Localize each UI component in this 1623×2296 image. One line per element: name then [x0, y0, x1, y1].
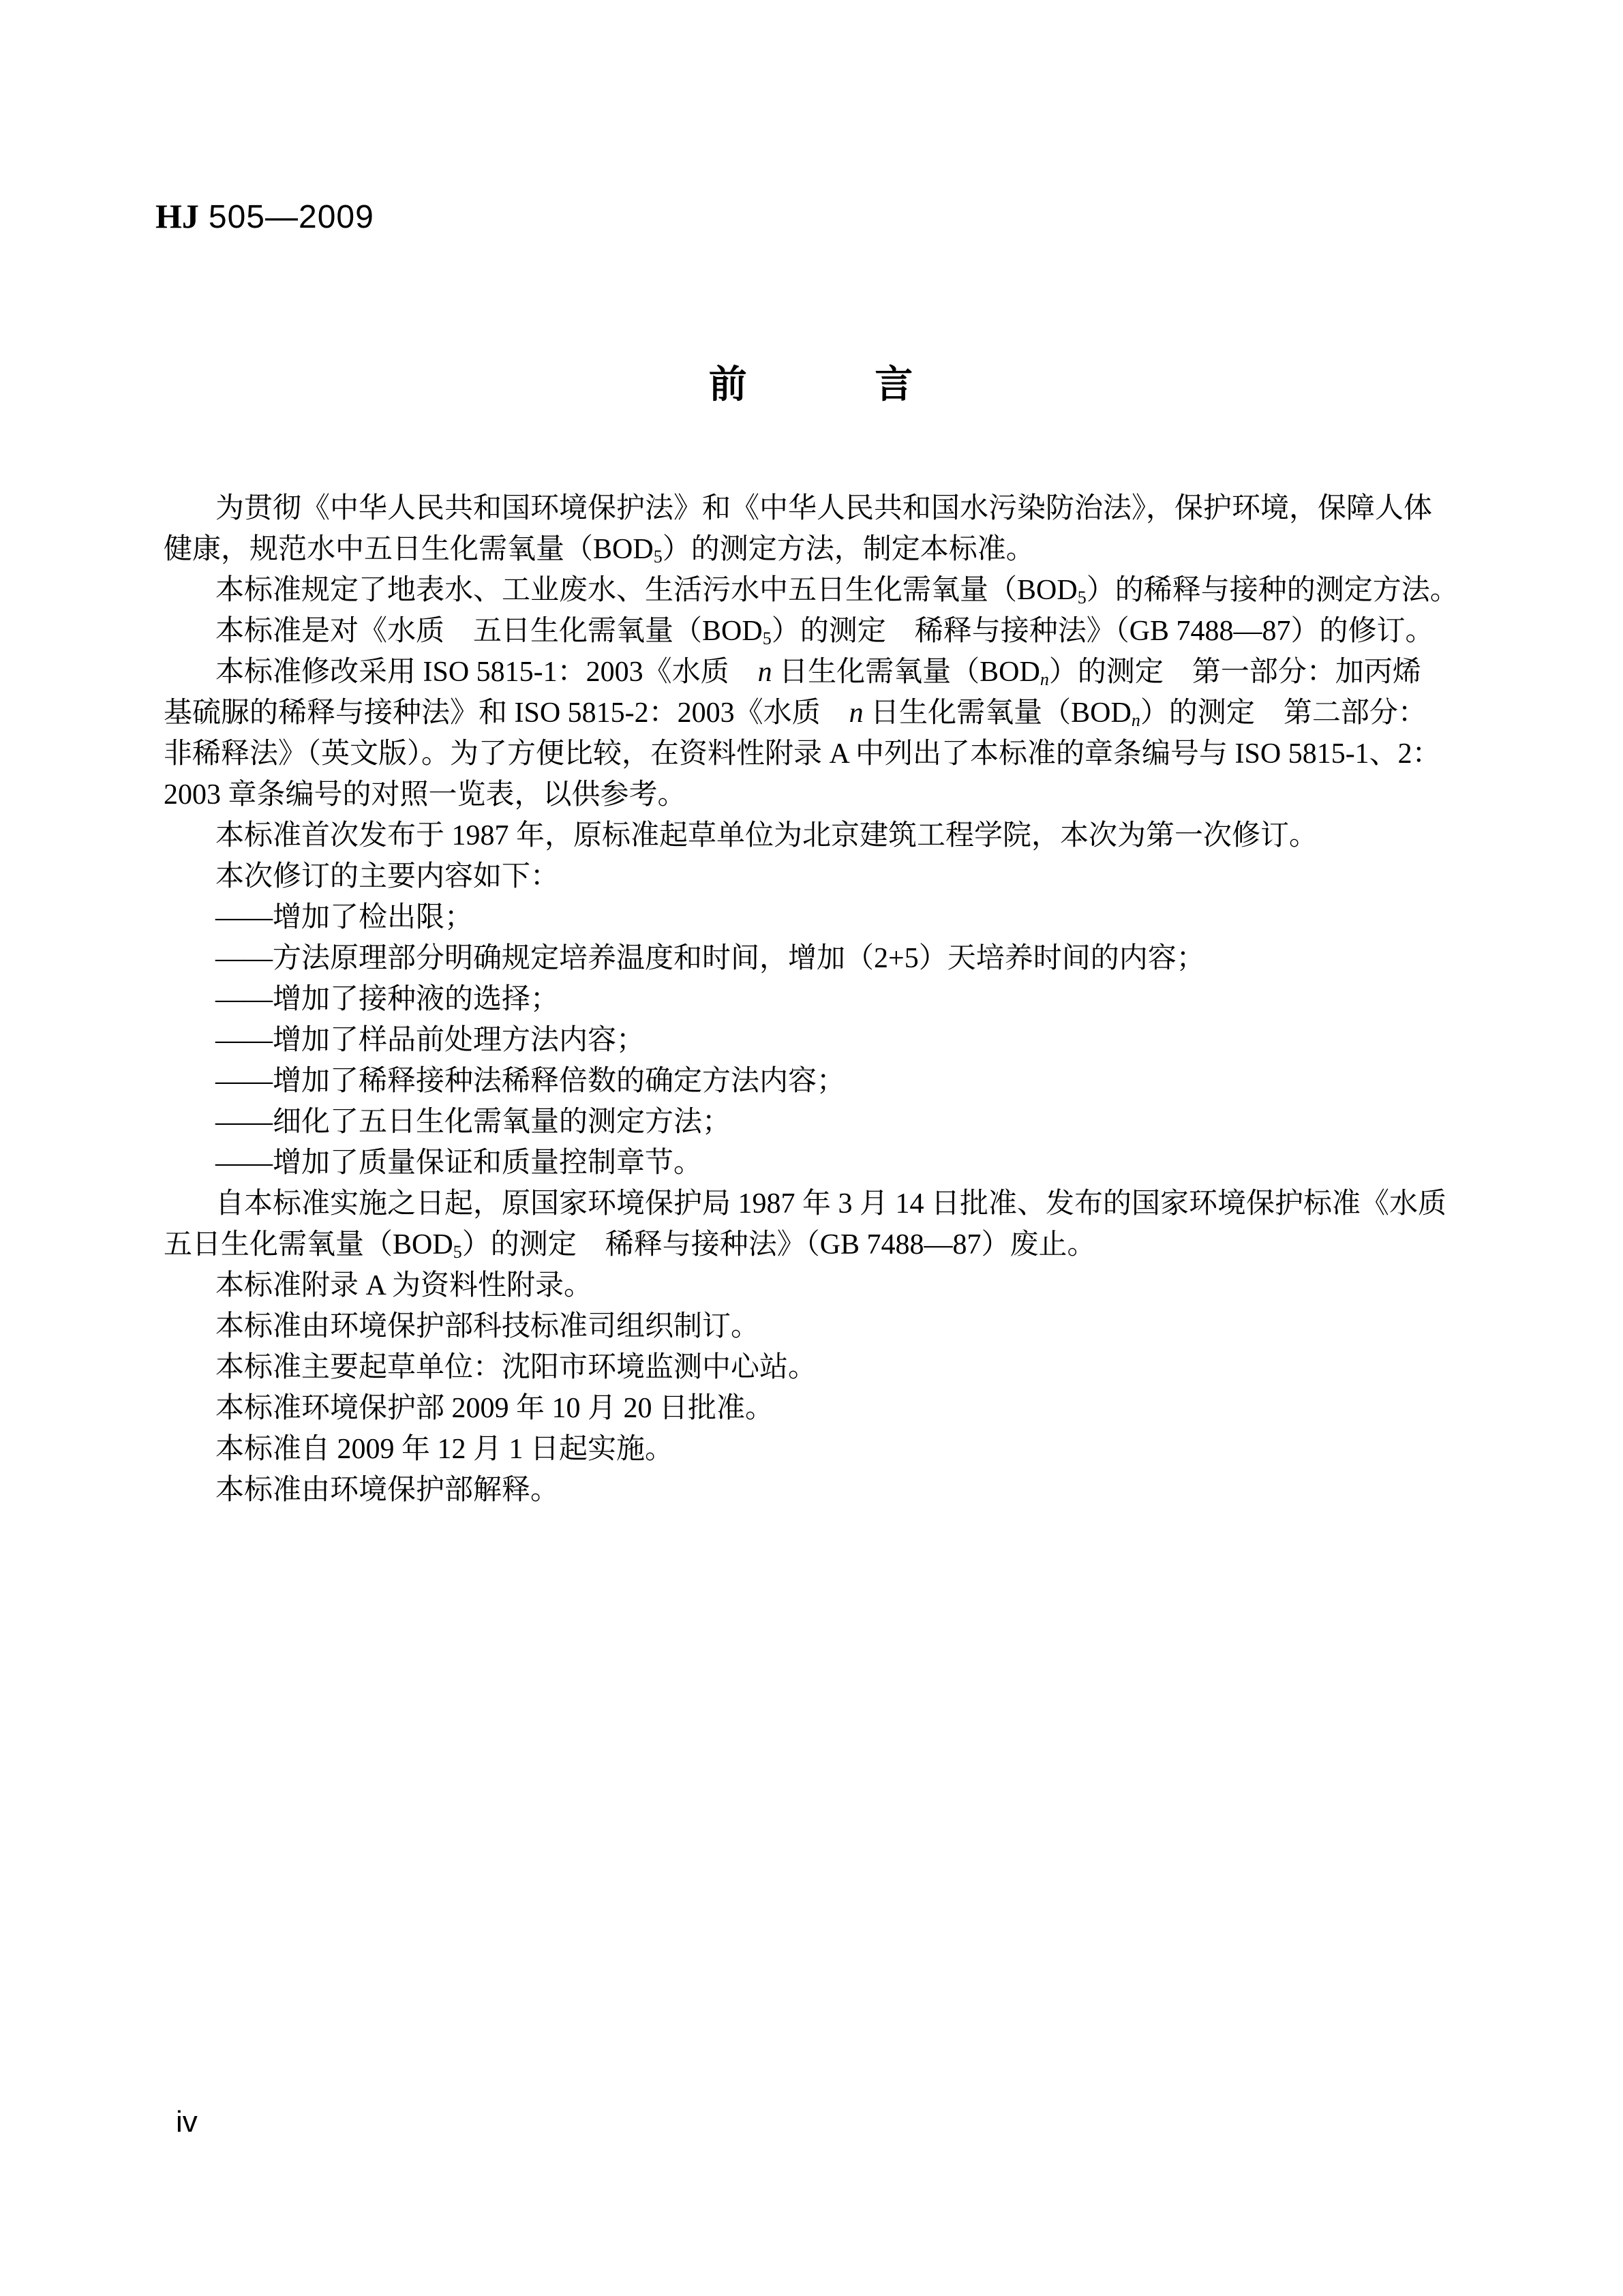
text-segment: 2003 章条编号的对照一览表，以供参考。 [164, 779, 686, 811]
text-segment: ）的测定 稀释与接种法》（GB 7488—87）的修订。 [772, 616, 1434, 647]
text-line: ——增加了样品前处理方法内容； [164, 1020, 1462, 1061]
page: HJ505—2009 前 言 为贯彻《中华人民共和国环境保护法》和《中华人民共和… [0, 0, 1623, 2296]
text-line: 为贯彻《中华人民共和国环境保护法》和《中华人民共和国水污染防治法》，保护环境，保… [164, 488, 1462, 529]
text-line: 2003 章条编号的对照一览表，以供参考。 [164, 774, 1462, 815]
text-line: 本标准修改采用 ISO 5815-1：2003《水质 n 日生化需氧量（BODn… [164, 652, 1462, 693]
subscript-text: 5 [1078, 588, 1087, 607]
text-segment: 为贯彻《中华人民共和国环境保护法》和《中华人民共和国水污染防治法》，保护环境，保… [215, 493, 1432, 524]
text-segment: ——细化了五日生化需氧量的测定方法； [215, 1106, 731, 1138]
text-segment: n [758, 656, 772, 688]
text-line: ——细化了五日生化需氧量的测定方法； [164, 1102, 1462, 1143]
text-segment: ）的测定 第二部分： [1140, 697, 1427, 729]
text-segment: ——增加了稀释接种法稀释倍数的确定方法内容； [215, 1066, 845, 1097]
page-title: 前 言 [0, 354, 1623, 409]
text-segment: 本次修订的主要内容如下： [215, 861, 559, 892]
subscript-text: 5 [763, 629, 772, 648]
text-line: 自本标准实施之日起，原国家环境保护局 1987 年 3 月 14 日批准、发布的… [164, 1183, 1462, 1224]
text-line: 本标准主要起草单位：沈阳市环境监测中心站。 [164, 1347, 1462, 1388]
text-segment: 五日生化需氧量（BOD [164, 1229, 453, 1260]
text-segment: 本标准自 2009 年 12 月 1 日起实施。 [215, 1434, 673, 1465]
text-segment: 本标准修改采用 ISO 5815-1：2003《水质 [215, 656, 758, 688]
text-segment: 本标准由环境保护部解释。 [215, 1475, 559, 1506]
text-line: 本标准首次发布于 1987 年，原标准起草单位为北京建筑工程学院，本次为第一次修… [164, 815, 1462, 856]
text-line: ——增加了接种液的选择； [164, 979, 1462, 1020]
text-line: 本标准规定了地表水、工业废水、生活污水中五日生化需氧量（BOD5）的稀释与接种的… [164, 570, 1462, 611]
text-segment: 基硫脲的稀释与接种法》和 ISO 5815-2：2003《水质 [164, 697, 849, 729]
text-segment: ）的测定 稀释与接种法》（GB 7488—87）废止。 [462, 1229, 1096, 1260]
subscript-text: 5 [453, 1242, 462, 1262]
text-segment: 本标准由环境保护部科技标准司组织制订。 [215, 1311, 759, 1342]
text-line: 非稀释法》（英文版）。为了方便比较，在资料性附录 A 中列出了本标准的章条编号与… [164, 734, 1462, 774]
standard-code-number: 505—2009 [209, 199, 374, 235]
standard-code-prefix: HJ [155, 197, 199, 235]
text-segment: ）的测定 第一部分：加丙烯 [1049, 656, 1421, 688]
text-segment: 本标准附录 A 为资料性附录。 [215, 1270, 592, 1301]
text-segment: 健康，规范水中五日生化需氧量（BOD [164, 534, 654, 565]
text-line: 本标准由环境保护部解释。 [164, 1470, 1462, 1511]
text-segment: 本标准首次发布于 1987 年，原标准起草单位为北京建筑工程学院，本次为第一次修… [215, 820, 1318, 851]
subscript-text: n [1132, 710, 1140, 730]
text-line: ——增加了质量保证和质量控制章节。 [164, 1143, 1462, 1183]
text-segment: 本标准主要起草单位：沈阳市环境监测中心站。 [215, 1352, 817, 1383]
text-line: 健康，规范水中五日生化需氧量（BOD5）的测定方法，制定本标准。 [164, 529, 1462, 570]
text-segment: ）的测定方法，制定本标准。 [663, 534, 1035, 565]
subscript-text: n [1040, 669, 1049, 689]
text-segment: ——增加了样品前处理方法内容； [215, 1025, 645, 1056]
text-segment: ）的稀释与接种的测定方法。 [1087, 575, 1459, 606]
text-line: 本标准自 2009 年 12 月 1 日起实施。 [164, 1429, 1462, 1470]
text-segment: 日生化需氧量（BOD [772, 656, 1040, 688]
text-line: 本标准由环境保护部科技标准司组织制订。 [164, 1306, 1462, 1347]
text-segment: ——增加了质量保证和质量控制章节。 [215, 1147, 702, 1179]
text-segment: 非稀释法》（英文版）。为了方便比较，在资料性附录 A 中列出了本标准的章条编号与… [164, 738, 1441, 770]
text-segment: 本标准是对《水质 五日生化需氧量（BOD [215, 616, 763, 647]
text-segment: 本标准规定了地表水、工业废水、生活污水中五日生化需氧量（BOD [215, 575, 1078, 606]
text-segment: n [849, 697, 864, 729]
text-line: 本次修订的主要内容如下： [164, 856, 1462, 897]
text-line: ——方法原理部分明确规定培养温度和时间，增加（2+5）天培养时间的内容； [164, 938, 1462, 979]
text-line: 本标准是对《水质 五日生化需氧量（BOD5）的测定 稀释与接种法》（GB 748… [164, 611, 1462, 652]
standard-number-header: HJ505—2009 [155, 196, 374, 236]
text-line: 本标准环境保护部 2009 年 10 月 20 日批准。 [164, 1388, 1462, 1429]
text-line: 本标准附录 A 为资料性附录。 [164, 1265, 1462, 1306]
subscript-text: 5 [654, 547, 663, 567]
text-segment: ——方法原理部分明确规定培养温度和时间，增加（2+5）天培养时间的内容； [215, 943, 1205, 974]
text-segment: 自本标准实施之日起，原国家环境保护局 1987 年 3 月 14 日批准、发布的… [215, 1188, 1446, 1220]
text-segment: ——增加了接种液的选择； [215, 984, 559, 1015]
text-segment: ——增加了检出限； [215, 902, 473, 933]
document-body: 为贯彻《中华人民共和国环境保护法》和《中华人民共和国水污染防治法》，保护环境，保… [164, 488, 1462, 1511]
page-number: iv [176, 2105, 198, 2139]
text-line: ——增加了检出限； [164, 897, 1462, 938]
text-line: ——增加了稀释接种法稀释倍数的确定方法内容； [164, 1061, 1462, 1102]
text-line: 基硫脲的稀释与接种法》和 ISO 5815-2：2003《水质 n 日生化需氧量… [164, 693, 1462, 734]
text-line: 五日生化需氧量（BOD5）的测定 稀释与接种法》（GB 7488—87）废止。 [164, 1224, 1462, 1265]
text-segment: 本标准环境保护部 2009 年 10 月 20 日批准。 [215, 1393, 774, 1424]
text-segment: 日生化需氧量（BOD [864, 697, 1132, 729]
